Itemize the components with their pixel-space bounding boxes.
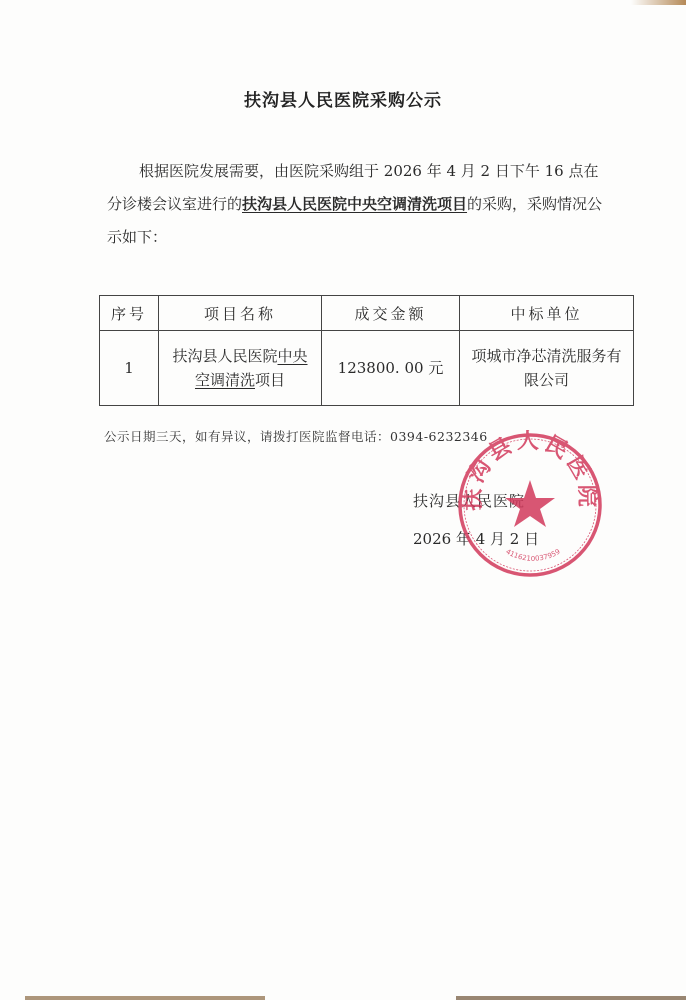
paper-edge [25, 996, 265, 1000]
paper-edge [456, 996, 686, 1000]
header-project-name: 项目名称 [159, 296, 322, 331]
header-winner: 中标单位 [460, 296, 634, 331]
cell-index: 1 [100, 331, 159, 406]
header-amount: 成交金额 [322, 296, 460, 331]
cell-winner: 项城市净芯清洗服务有限公司 [460, 331, 634, 406]
table-row: 1 扶沟县人民医院中央空调清洗项目 123800. 00 元 项城市净芯清洗服务… [100, 331, 634, 406]
project-name-underlined: 扶沟县人民医院中央空调清洗项目 [242, 195, 467, 213]
procurement-table: 序号 项目名称 成交金额 中标单位 1 扶沟县人民医院中央空调清洗项目 1238… [99, 295, 634, 406]
intro-paragraph: 根据医院发展需要，由医院采购组于 2026 年 4 月 2 日下午 16 点在分… [107, 155, 607, 254]
project-name-suffix: 项目 [255, 371, 285, 389]
table-header-row: 序号 项目名称 成交金额 中标单位 [100, 296, 634, 331]
cell-amount: 123800. 00 元 [322, 331, 460, 406]
paper-edge [631, 0, 686, 5]
document-title: 扶沟县人民医院采购公示 [0, 86, 686, 111]
project-name-plain: 扶沟县人民医院 [172, 347, 277, 365]
publicity-note: 公示日期三天，如有异议，请拨打医院监督电话：0394-6232346 [104, 427, 488, 445]
document-page: 扶沟县人民医院采购公示 根据医院发展需要，由医院采购组于 2026 年 4 月 … [0, 0, 686, 1000]
official-seal-icon: 扶沟县人民医院 4116210037959 [455, 430, 605, 580]
header-index: 序号 [100, 296, 159, 331]
cell-project-name: 扶沟县人民医院中央空调清洗项目 [159, 331, 322, 406]
svg-text:4116210037959: 4116210037959 [504, 548, 561, 563]
